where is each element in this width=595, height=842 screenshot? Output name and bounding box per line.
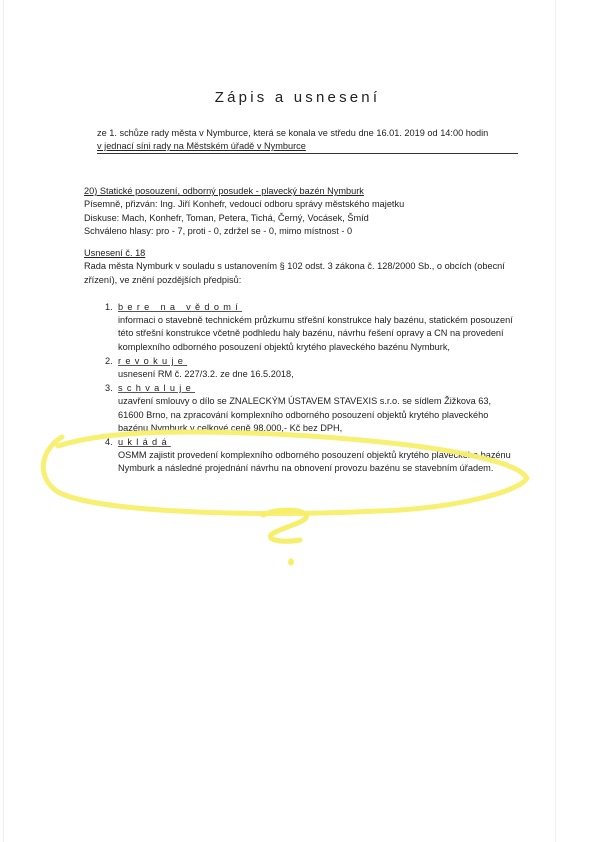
- item-text: uzavření smlouvy o dílo se ZNALECKÝM ÚST…: [118, 395, 516, 435]
- agenda-section: 20) Statické posouzení, odborný posudek …: [84, 185, 524, 239]
- meeting-header: ze 1. schůze rady města v Nymburce, kter…: [97, 127, 517, 153]
- item-verb: schvaluje: [118, 383, 195, 393]
- item-number: 3.: [105, 382, 113, 395]
- header-divider: [97, 153, 518, 154]
- question-mark-icon: [263, 510, 306, 541]
- resolution-block: Usnesení č. 18 Rada města Nymburk v soul…: [84, 247, 524, 287]
- document-title: Zápis a usnesení: [0, 89, 595, 106]
- question-mark-dot: [288, 558, 294, 565]
- resolution-items: 1. bere na vědomí informaci o stavebně t…: [106, 301, 516, 476]
- resolution-intro: Rada města Nymburk v souladu s ustanoven…: [84, 260, 524, 287]
- item-text: OSMM zajistit provedení komplexního odbo…: [118, 449, 516, 475]
- section-votes: Schváleno hlasy: pro - 7, proti - 0, zdr…: [84, 225, 524, 238]
- resolution-item: 3. schvaluje uzavření smlouvy o dílo se …: [106, 382, 516, 435]
- section-written: Písemně, přizván: Ing. Jiří Konhefr, ved…: [84, 198, 524, 211]
- resolution-item: 4. ukládá OSMM zajistit provedení komple…: [106, 436, 516, 476]
- meeting-header-line1: ze 1. schůze rady města v Nymburce, kter…: [97, 127, 517, 140]
- item-text: usnesení RM č. 227/3.2. ze dne 16.5.2018…: [118, 368, 516, 381]
- scan-edge-left: [3, 0, 4, 842]
- section-discussion: Diskuse: Mach, Konhefr, Toman, Petera, T…: [84, 212, 524, 225]
- item-verb: revokuje: [118, 356, 187, 366]
- resolution-item: 2. revokuje usnesení RM č. 227/3.2. ze d…: [106, 355, 516, 381]
- resolution-number: Usnesení č. 18: [84, 247, 524, 260]
- item-number: 2.: [105, 355, 113, 368]
- item-verb: bere na vědomí: [118, 302, 242, 312]
- item-text: informaci o stavebně technickém průzkumu…: [118, 314, 516, 354]
- item-number: 4.: [105, 436, 113, 449]
- scan-edge-right: [555, 0, 556, 842]
- resolution-item: 1. bere na vědomí informaci o stavebně t…: [106, 301, 516, 354]
- item-number: 1.: [105, 301, 113, 314]
- meeting-header-line2: v jednací síni rady na Městském úřadě v …: [97, 140, 517, 153]
- item-verb: ukládá: [118, 437, 171, 447]
- section-heading: 20) Statické posouzení, odborný posudek …: [84, 185, 524, 198]
